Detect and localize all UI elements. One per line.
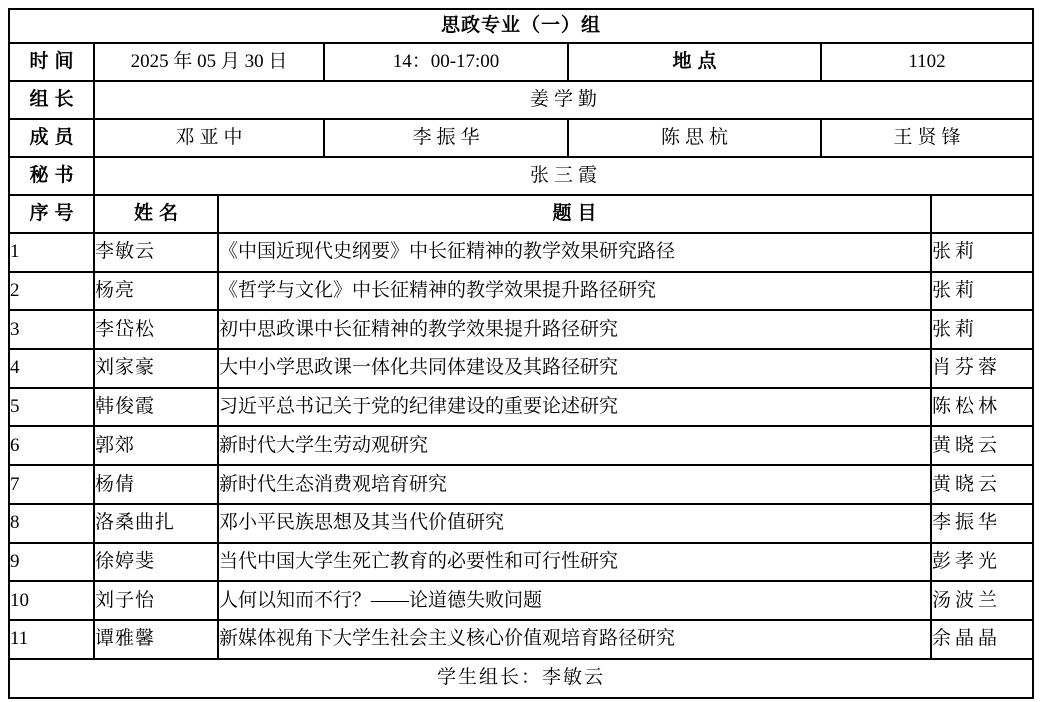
table-row: 10 刘子怡 人何以知而不行？——论道德失败问题 汤波兰 xyxy=(9,581,1033,620)
thesis-title: 习近平总书记关于党的纪律建设的重要论述研究 xyxy=(218,388,931,427)
student-name: 谭雅馨 xyxy=(94,620,218,659)
thesis-title: 当代中国大学生死亡教育的必要性和可行性研究 xyxy=(218,543,931,582)
reviewer-name: 余晶晶 xyxy=(931,620,1033,659)
time-label: 时间 xyxy=(9,43,94,81)
leader-row: 组长 姜学勤 xyxy=(9,81,1033,119)
student-leader-note: 学生组长：李敏云 xyxy=(9,659,1033,698)
reviewer-name: 肖芬蓉 xyxy=(931,349,1033,388)
student-name: 洛桑曲扎 xyxy=(94,504,218,543)
time-range-value: 14：00-17:00 xyxy=(324,43,568,81)
row-no: 11 xyxy=(9,620,94,659)
reviewer-name: 黄晓云 xyxy=(931,426,1033,465)
student-name: 杨亮 xyxy=(94,272,218,311)
reviewer-name: 张莉 xyxy=(931,310,1033,349)
table-row: 3 李岱松 初中思政课中长征精神的教学效果提升路径研究 张莉 xyxy=(9,310,1033,349)
member-name-4: 王贤锋 xyxy=(821,119,1033,157)
column-header-name: 姓名 xyxy=(94,195,218,233)
table-row: 6 郭郊 新时代大学生劳动观研究 黄晓云 xyxy=(9,426,1033,465)
reviewer-name: 张莉 xyxy=(931,272,1033,311)
page: 思政专业（一）组 时间 2025 年 05 月 30 日 14：00-17:00… xyxy=(0,0,1040,702)
schedule-table: 思政专业（一）组 时间 2025 年 05 月 30 日 14：00-17:00… xyxy=(8,8,1034,699)
time-row: 时间 2025 年 05 月 30 日 14：00-17:00 地点 1102 xyxy=(9,43,1033,81)
footer-row: 学生组长：李敏云 xyxy=(9,659,1033,698)
row-no: 7 xyxy=(9,465,94,504)
member-name-3: 陈思杭 xyxy=(568,119,821,157)
date-value: 2025 年 05 月 30 日 xyxy=(94,43,324,81)
reviewer-name: 彭孝光 xyxy=(931,543,1033,582)
thesis-title: 《哲学与文化》中长征精神的教学效果提升路径研究 xyxy=(218,272,931,311)
thesis-title: 新时代大学生劳动观研究 xyxy=(218,426,931,465)
thesis-title: 新媒体视角下大学生社会主义核心价值观培育路径研究 xyxy=(218,620,931,659)
thesis-title: 人何以知而不行？——论道德失败问题 xyxy=(218,581,931,620)
thesis-title: 初中思政课中长征精神的教学效果提升路径研究 xyxy=(218,310,931,349)
title-row: 思政专业（一）组 xyxy=(9,9,1033,43)
table-row: 5 韩俊霞 习近平总书记关于党的纪律建设的重要论述研究 陈松林 xyxy=(9,388,1033,427)
student-name: 李敏云 xyxy=(94,233,218,272)
group-title: 思政专业（一）组 xyxy=(9,9,1033,43)
student-name: 郭郊 xyxy=(94,426,218,465)
student-name: 李岱松 xyxy=(94,310,218,349)
table-row: 2 杨亮 《哲学与文化》中长征精神的教学效果提升路径研究 张莉 xyxy=(9,272,1033,311)
thesis-title: 《中国近现代史纲要》中长征精神的教学效果研究路径 xyxy=(218,233,931,272)
leader-label: 组长 xyxy=(9,81,94,119)
row-no: 6 xyxy=(9,426,94,465)
secretary-label: 秘书 xyxy=(9,157,94,195)
thesis-title: 新时代生态消费观培育研究 xyxy=(218,465,931,504)
row-no: 1 xyxy=(9,233,94,272)
row-no: 4 xyxy=(9,349,94,388)
location-value: 1102 xyxy=(821,43,1033,81)
reviewer-name: 汤波兰 xyxy=(931,581,1033,620)
row-no: 9 xyxy=(9,543,94,582)
location-label: 地点 xyxy=(568,43,821,81)
reviewer-name: 陈松林 xyxy=(931,388,1033,427)
student-name: 刘家豪 xyxy=(94,349,218,388)
leader-name: 姜学勤 xyxy=(94,81,1033,119)
student-name: 刘子怡 xyxy=(94,581,218,620)
student-name: 韩俊霞 xyxy=(94,388,218,427)
table-row: 9 徐婷斐 当代中国大学生死亡教育的必要性和可行性研究 彭孝光 xyxy=(9,543,1033,582)
row-no: 3 xyxy=(9,310,94,349)
student-name: 杨倩 xyxy=(94,465,218,504)
row-no: 5 xyxy=(9,388,94,427)
reviewer-name: 李振华 xyxy=(931,504,1033,543)
thesis-title: 邓小平民族思想及其当代价值研究 xyxy=(218,504,931,543)
column-header-no: 序号 xyxy=(9,195,94,233)
table-row: 11 谭雅馨 新媒体视角下大学生社会主义核心价值观培育路径研究 余晶晶 xyxy=(9,620,1033,659)
thesis-title: 大中小学思政课一体化共同体建设及其路径研究 xyxy=(218,349,931,388)
table-row: 7 杨倩 新时代生态消费观培育研究 黄晓云 xyxy=(9,465,1033,504)
table-row: 4 刘家豪 大中小学思政课一体化共同体建设及其路径研究 肖芬蓉 xyxy=(9,349,1033,388)
secretary-row: 秘书 张三霞 xyxy=(9,157,1033,195)
column-header-extra xyxy=(931,195,1033,233)
member-name-2: 李振华 xyxy=(324,119,568,157)
table-row: 8 洛桑曲扎 邓小平民族思想及其当代价值研究 李振华 xyxy=(9,504,1033,543)
members-row: 成员 邓亚中 李振华 陈思杭 王贤锋 xyxy=(9,119,1033,157)
reviewer-name: 张莉 xyxy=(931,233,1033,272)
student-name: 徐婷斐 xyxy=(94,543,218,582)
column-header-title: 题目 xyxy=(218,195,931,233)
row-no: 2 xyxy=(9,272,94,311)
reviewer-name: 黄晓云 xyxy=(931,465,1033,504)
secretary-name: 张三霞 xyxy=(94,157,1033,195)
roster-header-row: 序号 姓名 题目 xyxy=(9,195,1033,233)
members-label: 成员 xyxy=(9,119,94,157)
row-no: 10 xyxy=(9,581,94,620)
member-name-1: 邓亚中 xyxy=(94,119,324,157)
row-no: 8 xyxy=(9,504,94,543)
table-row: 1 李敏云 《中国近现代史纲要》中长征精神的教学效果研究路径 张莉 xyxy=(9,233,1033,272)
